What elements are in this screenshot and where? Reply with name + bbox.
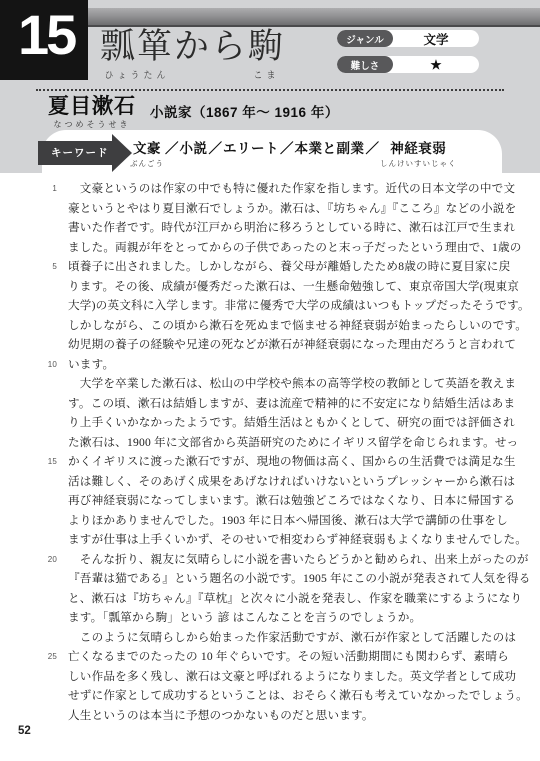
text-line: 『吾輩は猫である』という題名の小説です。1905 年にこの小説が発表されて人気を… [68, 569, 510, 589]
difficulty-badge-label: 難しさ [337, 56, 393, 73]
line-text: 頃養子に出されました。しかしながら、養父母が離婚したため8歳の時に夏目家に戻 [68, 260, 510, 273]
text-line: しい作品を多く残し、漱石は文豪と呼ばれるようになりました。英文学者として成功 [68, 667, 510, 687]
text-line: 幼児期の養子の経験や兄達の死などが漱石が神経衰弱になった理由だろうと言われて [68, 335, 510, 355]
keyword-furigana: ぶんごう [130, 158, 164, 167]
line-text: せずに作家として成功するということは、おそらく漱石も考えていなかったでしょう。 [68, 689, 528, 702]
line-text: よりほかありませんでした。1903 年に日本へ帰国後、漱石は大学で講師の仕事をし [68, 514, 508, 527]
difficulty-badge-value: ★ [393, 56, 479, 73]
keyword-item: 文豪 ぶんごう [130, 141, 164, 167]
author-subtitle: 小説家（1867 年～ 1916 年） [150, 101, 339, 121]
page-title: 瓢箪 ひょうたん から 駒 こま [100, 27, 285, 79]
line-number: 5 [37, 257, 57, 277]
genre-badge: ジャンル 文学 [337, 30, 479, 47]
page-number: 52 [18, 725, 31, 737]
keyword-text: 文豪 [133, 141, 161, 158]
text-line: よりほかありませんでした。1903 年に日本へ帰国後、漱石は大学で講師の仕事をし [68, 511, 510, 531]
author-name: 夏目漱石 [48, 95, 136, 119]
line-text: います。 [68, 358, 114, 371]
title-furigana: ひょうたん [105, 68, 170, 79]
title-text: 駒 [248, 27, 285, 67]
keyword-furigana: しんけいすいじゃく [380, 158, 457, 167]
title-text: から [174, 27, 248, 67]
body-text: 1 文豪というのは作家の中でも特に優れた作家を指します。近代の日本文学の中で文 … [68, 179, 510, 725]
text-line: せずに作家として成功するということは、おそらく漱石も考えていなかったでしょう。 [68, 686, 510, 706]
dotted-divider [36, 89, 504, 91]
line-text: 文豪というのは作家の中でも特に優れた作家を指します。近代の日本文学の中で文 [68, 182, 515, 195]
lesson-number-box: 15 [0, 0, 88, 80]
line-number: 10 [37, 355, 57, 375]
line-number: 1 [37, 179, 57, 199]
text-line: 書いた作者です。時代が江戸から明治に移ろうとしている時に、漱石は江戸で生まれ [68, 218, 510, 238]
text-line: 25亡くなるまでのたったの 10 年ぐらいです。その短い活動期間にも関わらず、素… [68, 647, 510, 667]
text-line: 5頃養子に出されました。しかしながら、養父母が離婚したため8歳の時に夏目家に戻 [68, 257, 510, 277]
text-line: このように気晴らしから始まった作家活動ですが、漱石が作家として活躍したのは [68, 628, 510, 648]
text-line: 20 そんな折り、親友に気晴らしに小説を書いたらどうかと勧められ、出来上がったの… [68, 550, 510, 570]
line-text: 活は難しく、そのあげく成果をあげなければいけないというプレッシャーから漱石は [68, 475, 515, 488]
lesson-number: 15 [18, 4, 74, 66]
keyword-separator: ／ [209, 141, 223, 158]
info-badges: ジャンル 文学 難しさ ★ [337, 30, 479, 73]
line-text: ります。その後、成績が優秀だった漱石は、一生懸命勉強して、東京帝国大学(現東京 [68, 280, 519, 293]
line-text: 大学)の英文科に入学します。非常に優秀で大学の成績はいつもトップだったそうです。 [68, 299, 530, 312]
title-segment: から [174, 27, 248, 79]
line-number: 25 [37, 647, 57, 667]
line-text: 大学を卒業した漱石は、松山の中学校や熊本の高等学校の教師として英語を教えま [68, 377, 516, 390]
line-text: す。この頃、漱石は結婚しますが、妻は流産で精神的に不安定になり結婚生活はあま [68, 397, 515, 410]
line-text: 『吾輩は猫である』という題名の小説です。1905 年にこの小説が発表されて人気を… [68, 572, 531, 585]
line-text: 幼児期の養子の経験や兄達の死などが漱石が神経衰弱になった理由だろうと言われて [68, 338, 516, 351]
text-line: 人生というのは本当に予想のつかないものだと思います。 [68, 706, 510, 726]
text-line: す。この頃、漱石は結婚しますが、妻は流産で精神的に不安定になり結婚生活はあま [68, 394, 510, 414]
keyword-separator: ／ [366, 141, 380, 158]
keyword-item: エリート [223, 141, 279, 167]
text-line: り上手くいかなかったようです。結婚生活はともかくとして、研究の面では評価され [68, 413, 510, 433]
text-line: ますが仕事は上手くいかず、そのせいで相変わらず神経衰弱もよくなりませんでした。 [68, 530, 510, 550]
line-text: 亡くなるまでのたったの 10 年ぐらいです。その短い活動期間にも関わらず、素晴ら [68, 650, 509, 663]
title-furigana: こま [254, 68, 280, 79]
line-number: 15 [37, 452, 57, 472]
keyword-item: 本業と副業 [295, 141, 365, 167]
keyword-text: 小説 [180, 141, 208, 158]
keyword-text: 神経衰弱 [390, 141, 446, 158]
keyword-item: 神経衰弱 しんけいすいじゃく [380, 141, 457, 167]
line-text: り上手くいかなかったようです。結婚生活はともかくとして、研究の面では評価され [68, 416, 515, 429]
text-line: 1 文豪というのは作家の中でも特に優れた作家を指します。近代の日本文学の中で文 [68, 179, 510, 199]
text-line: 大学を卒業した漱石は、松山の中学校や熊本の高等学校の教師として英語を教えま [68, 374, 510, 394]
text-line: ました。両親が年をとってからの子供であったのと末っ子だったという理由で、1歳の [68, 238, 510, 258]
keyword-arrow-label: キーワード [38, 141, 112, 165]
text-line: と、漱石は『坊ちゃん』『草枕』と次々に小説を発表し、作家を職業にするようになり [68, 589, 510, 609]
keyword-list: 文豪 ぶんごう ／ 小説 ／ エリート ／ 本業と副業 ／ 神経衰弱 しんけいす… [130, 141, 457, 167]
keyword-item: 小説 [180, 141, 208, 167]
genre-badge-value: 文学 [393, 30, 479, 47]
line-text: ました。両親が年をとってからの子供であったのと末っ子だったという理由で、1歳の [68, 241, 522, 254]
author-furigana: なつめそうせき [54, 119, 131, 130]
author-row: 夏目漱石 なつめそうせき 小説家（1867 年～ 1916 年） [48, 95, 339, 130]
line-text: た漱石は、1900 年に文部省から英語研究のためにイギリス留学を命じられます。せ… [68, 436, 518, 449]
text-line: 再び神経衰弱になってしまいます。漱石は勉強どころではなくなり、日本に帰国する [68, 491, 510, 511]
title-text: 瓢箪 [100, 27, 174, 67]
text-line: 10います。 [68, 355, 510, 375]
genre-badge-label: ジャンル [337, 30, 393, 47]
line-text: ますが仕事は上手くいかず、そのせいで相変わらず神経衰弱もよくなりませんでした。 [68, 533, 527, 546]
line-text: 書いた作者です。時代が江戸から明治に移ろうとしている時に、漱石は江戸で生まれ [68, 221, 515, 234]
difficulty-badge: 難しさ ★ [337, 56, 479, 73]
keyword-text: エリート [223, 141, 279, 158]
text-line: 活は難しく、そのあげく成果をあげなければいけないというプレッシャーから漱石は [68, 472, 510, 492]
line-text: 再び神経衰弱になってしまいます。漱石は勉強どころではなくなり、日本に帰国する [68, 494, 515, 507]
text-line: た漱石は、1900 年に文部省から英語研究のためにイギリス留学を命じられます。せ… [68, 433, 510, 453]
line-text: ます。「瓢箪から駒」という 諺 はこんなことを言うのでしょうか。 [68, 611, 421, 624]
line-number: 20 [37, 550, 57, 570]
line-text: このように気晴らしから始まった作家活動ですが、漱石が作家として活躍したのは [68, 631, 516, 644]
text-line: 大学)の英文科に入学します。非常に優秀で大学の成績はいつもトップだったそうです。 [68, 296, 510, 316]
keyword-text: 本業と副業 [295, 141, 365, 158]
line-text: 人生というのは本当に予想のつかないものだと思います。 [68, 709, 374, 722]
keyword-separator: ／ [165, 141, 179, 158]
line-text: しかしながら、この頃から漱石を死ぬまで悩ませる神経衰弱が始まったらしいのです。 [68, 319, 527, 332]
line-text: かくイギリスに渡った漱石ですが、現地の物価は高く、国からの生活費では満足な生 [68, 455, 516, 468]
title-segment: 駒 こま [248, 27, 285, 79]
line-text: そんな折り、親友に気晴らしに小説を書いたらどうかと勧められ、出来上がったのが [68, 553, 529, 566]
header-gradient-bar [78, 8, 540, 27]
title-segment: 瓢箪 ひょうたん [100, 27, 174, 79]
author-name-block: 夏目漱石 なつめそうせき [48, 95, 136, 130]
line-text: と、漱石は『坊ちゃん』『草枕』と次々に小説を発表し、作家を職業にするようになり [68, 592, 522, 605]
text-line: ります。その後、成績が優秀だった漱石は、一生懸命勉強して、東京帝国大学(現東京 [68, 277, 510, 297]
line-text: しい作品を多く残し、漱石は文豪と呼ばれるようになりました。英文学者として成功 [68, 670, 516, 683]
keyword-arrowhead-icon [112, 134, 132, 172]
text-line: 15かくイギリスに渡った漱石ですが、現地の物価は高く、国からの生活費では満足な生 [68, 452, 510, 472]
keyword-arrow: キーワード [38, 134, 132, 172]
text-line: 豪というとやはり夏目漱石でしょうか。漱石は、『坊ちゃん』『こころ』などの小説を [68, 199, 510, 219]
line-text: 豪というとやはり夏目漱石でしょうか。漱石は、『坊ちゃん』『こころ』などの小説を [68, 202, 516, 215]
text-line: しかしながら、この頃から漱石を死ぬまで悩ませる神経衰弱が始まったらしいのです。 [68, 316, 510, 336]
text-line: ます。「瓢箪から駒」という 諺 はこんなことを言うのでしょうか。 [68, 608, 510, 628]
keyword-separator: ／ [280, 141, 294, 158]
